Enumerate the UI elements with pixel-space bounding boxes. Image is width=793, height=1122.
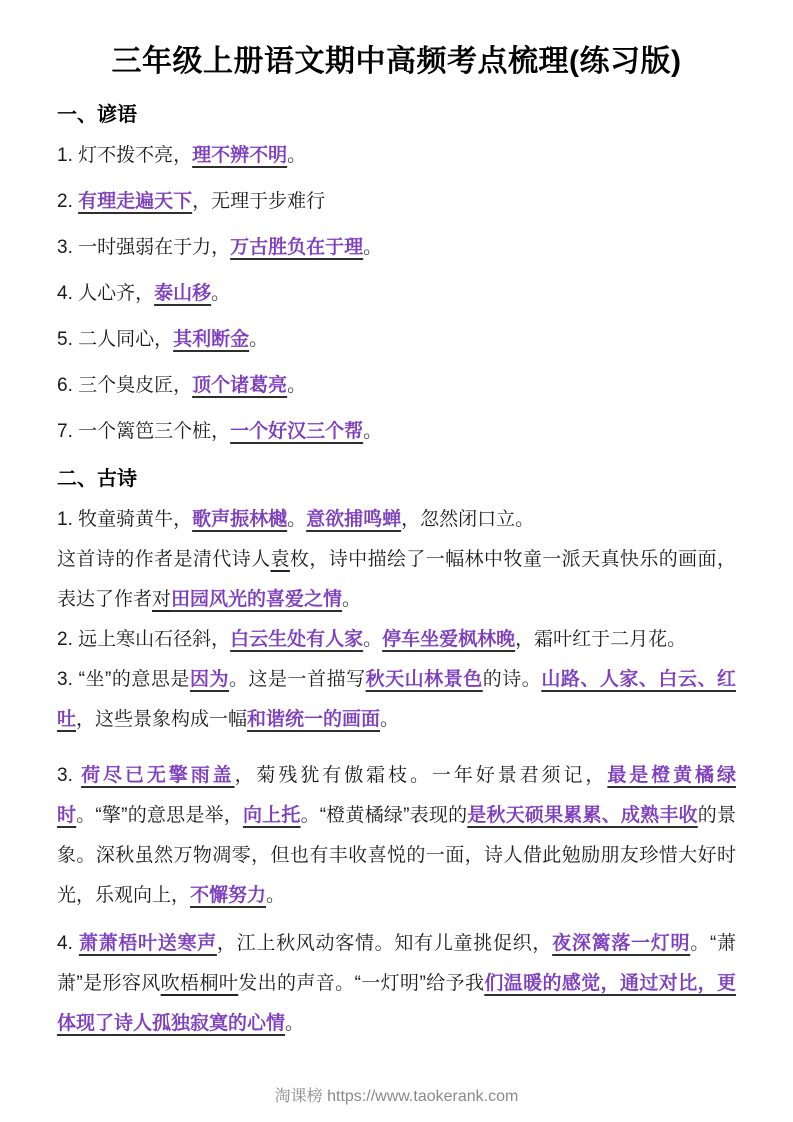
text-run: 。 bbox=[363, 421, 382, 442]
answer-text: 顶个诸葛亮 bbox=[192, 375, 287, 396]
footer-text: 淘课榜 https://www.taokerank.com bbox=[275, 1088, 519, 1105]
answer-text: 有理走遍天下 bbox=[78, 191, 192, 212]
answer-text: 荷尽已无擎雨盖 bbox=[81, 765, 235, 786]
text-run: 。“橙黄橘绿”表现的 bbox=[301, 805, 468, 826]
text-run: ，忽然闭口立。 bbox=[401, 509, 534, 530]
text-run: 2. bbox=[57, 191, 78, 212]
answer-text: 因为 bbox=[190, 669, 229, 690]
paragraph: 4. 人心齐，泰山移。 bbox=[57, 274, 736, 314]
section: 二、古诗1. 牧童骑黄牛，歌声振林樾。意欲捕鸣蝉，忽然闭口立。这首诗的作者是清代… bbox=[57, 458, 736, 1044]
text-run: 。 bbox=[266, 885, 285, 906]
text-run: 6. 三个臭皮匠， bbox=[57, 375, 192, 396]
answer-text: 泰山移 bbox=[154, 283, 211, 304]
text-run: 。 bbox=[342, 589, 361, 610]
section-heading: 一、谚语 bbox=[57, 94, 736, 136]
answer-text: 一个好汉三个帮 bbox=[230, 421, 363, 442]
paragraph: 1. 牧童骑黄牛，歌声振林樾。意欲捕鸣蝉，忽然闭口立。 bbox=[57, 500, 736, 540]
text-run: ，江上秋风动客情。知有儿童挑促织， bbox=[217, 933, 552, 954]
text-run: 。 bbox=[287, 145, 306, 166]
text-run: 1. 灯不拨不亮， bbox=[57, 145, 192, 166]
section-heading: 二、古诗 bbox=[57, 458, 736, 500]
text-run: 这首诗的作者是清代诗人 bbox=[57, 549, 271, 570]
text-run: 。 bbox=[211, 283, 230, 304]
paragraph: 3. 一时强弱在于力，万古胜负在于理。 bbox=[57, 228, 736, 268]
text-run: 3. bbox=[57, 765, 81, 786]
paragraph: 4. 萧萧梧叶送寒声，江上秋风动客情。知有儿童挑促织，夜深篱落一灯明。“萧萧”是… bbox=[57, 924, 736, 1044]
paragraph: 2. 远上寒山石径斜，白云生处有人家。停车坐爱枫林晚，霜叶红于二月花。 bbox=[57, 620, 736, 660]
paragraph: 3. “坐”的意思是因为。这是一首描写秋天山林景色的诗。山路、人家、白云、红吐，… bbox=[57, 660, 736, 740]
paragraph: 这首诗的作者是清代诗人袁枚，诗中描绘了一幅林中牧童一派天真快乐的画面，表达了作者… bbox=[57, 540, 736, 620]
answer-text: 是秋天硕果累累、成熟丰收 bbox=[467, 805, 697, 826]
text-run: 发出的声音。“一灯明”给予我 bbox=[238, 973, 484, 994]
underlined-text: 袁 bbox=[271, 549, 290, 570]
text-run: 。 bbox=[285, 1013, 304, 1034]
document-body: 一、谚语1. 灯不拨不亮，理不辨不明。2. 有理走遍天下，无理于步难行3. 一时… bbox=[0, 94, 793, 1044]
answer-text: 不懈努力 bbox=[190, 885, 266, 906]
answer-text: 夜深篱落一灯明 bbox=[552, 933, 690, 954]
text-run: ，菊残犹有傲霜枝。一年好景君须记， bbox=[235, 765, 608, 786]
answer-text: 其利断金 bbox=[173, 329, 249, 350]
paragraph: 1. 灯不拨不亮，理不辨不明。 bbox=[57, 136, 736, 176]
answer-text: 和谐统一的画面 bbox=[247, 709, 380, 730]
text-run: ，霜叶红于二月花。 bbox=[515, 629, 686, 650]
text-run: ，这些景象构成一幅 bbox=[76, 709, 247, 730]
page-title: 三年级上册语文期中高频考点梳理(练习版) bbox=[40, 40, 753, 84]
section: 一、谚语1. 灯不拨不亮，理不辨不明。2. 有理走遍天下，无理于步难行3. 一时… bbox=[57, 94, 736, 452]
answer-text: 萧萧梧叶送寒声 bbox=[79, 933, 217, 954]
answer-text: 向上托 bbox=[243, 805, 301, 826]
paragraph: 2. 有理走遍天下，无理于步难行 bbox=[57, 182, 736, 222]
answer-text: 田园风光的喜爱之情 bbox=[171, 589, 342, 610]
text-run: 。这是一首描写 bbox=[229, 669, 366, 690]
footer: 淘课榜 https://www.taokerank.com bbox=[0, 1083, 793, 1106]
answer-text: 白云生处有人家 bbox=[230, 629, 363, 650]
text-run: 。 bbox=[287, 375, 306, 396]
document-page: 三年级上册语文期中高频考点梳理(练习版) 一、谚语1. 灯不拨不亮，理不辨不明。… bbox=[0, 0, 793, 1122]
paragraph: 3. 荷尽已无擎雨盖，菊残犹有傲霜枝。一年好景君须记，最是橙黄橘绿时。“擎”的意… bbox=[57, 756, 736, 916]
text-run: 5. 二人同心， bbox=[57, 329, 173, 350]
answer-text: 歌声振林樾 bbox=[192, 509, 287, 530]
underlined-text: 对 bbox=[152, 589, 171, 610]
text-run: 2. 远上寒山石径斜， bbox=[57, 629, 230, 650]
text-run: 。 bbox=[363, 629, 382, 650]
underlined-text: 吹梧桐叶 bbox=[161, 973, 239, 994]
text-run: 3. “坐”的意思是 bbox=[57, 669, 190, 690]
answer-text: 理不辨不明 bbox=[192, 145, 287, 166]
text-run: 的诗。 bbox=[483, 669, 542, 690]
paragraph: 6. 三个臭皮匠，顶个诸葛亮。 bbox=[57, 366, 736, 406]
answer-text: 秋天山林景色 bbox=[366, 669, 483, 690]
text-run: 1. 牧童骑黄牛， bbox=[57, 509, 192, 530]
answer-text: 停车坐爱枫林晚 bbox=[382, 629, 515, 650]
answer-text: 意欲捕鸣蝉 bbox=[306, 509, 401, 530]
text-run: 4. 人心齐， bbox=[57, 283, 154, 304]
answer-text: 万古胜负在于理 bbox=[230, 237, 363, 258]
text-run: 。 bbox=[380, 709, 399, 730]
text-run: ，无理于步难行 bbox=[192, 191, 325, 212]
text-run: 。 bbox=[287, 509, 306, 530]
text-run: 。 bbox=[249, 329, 268, 350]
text-run: 。 bbox=[363, 237, 382, 258]
text-run: 。“擎”的意思是举， bbox=[76, 805, 243, 826]
paragraph: 5. 二人同心，其利断金。 bbox=[57, 320, 736, 360]
text-run: 7. 一个篱笆三个桩， bbox=[57, 421, 230, 442]
paragraph: 7. 一个篱笆三个桩，一个好汉三个帮。 bbox=[57, 412, 736, 452]
text-run: 4. bbox=[57, 933, 79, 954]
text-run: 3. 一时强弱在于力， bbox=[57, 237, 230, 258]
